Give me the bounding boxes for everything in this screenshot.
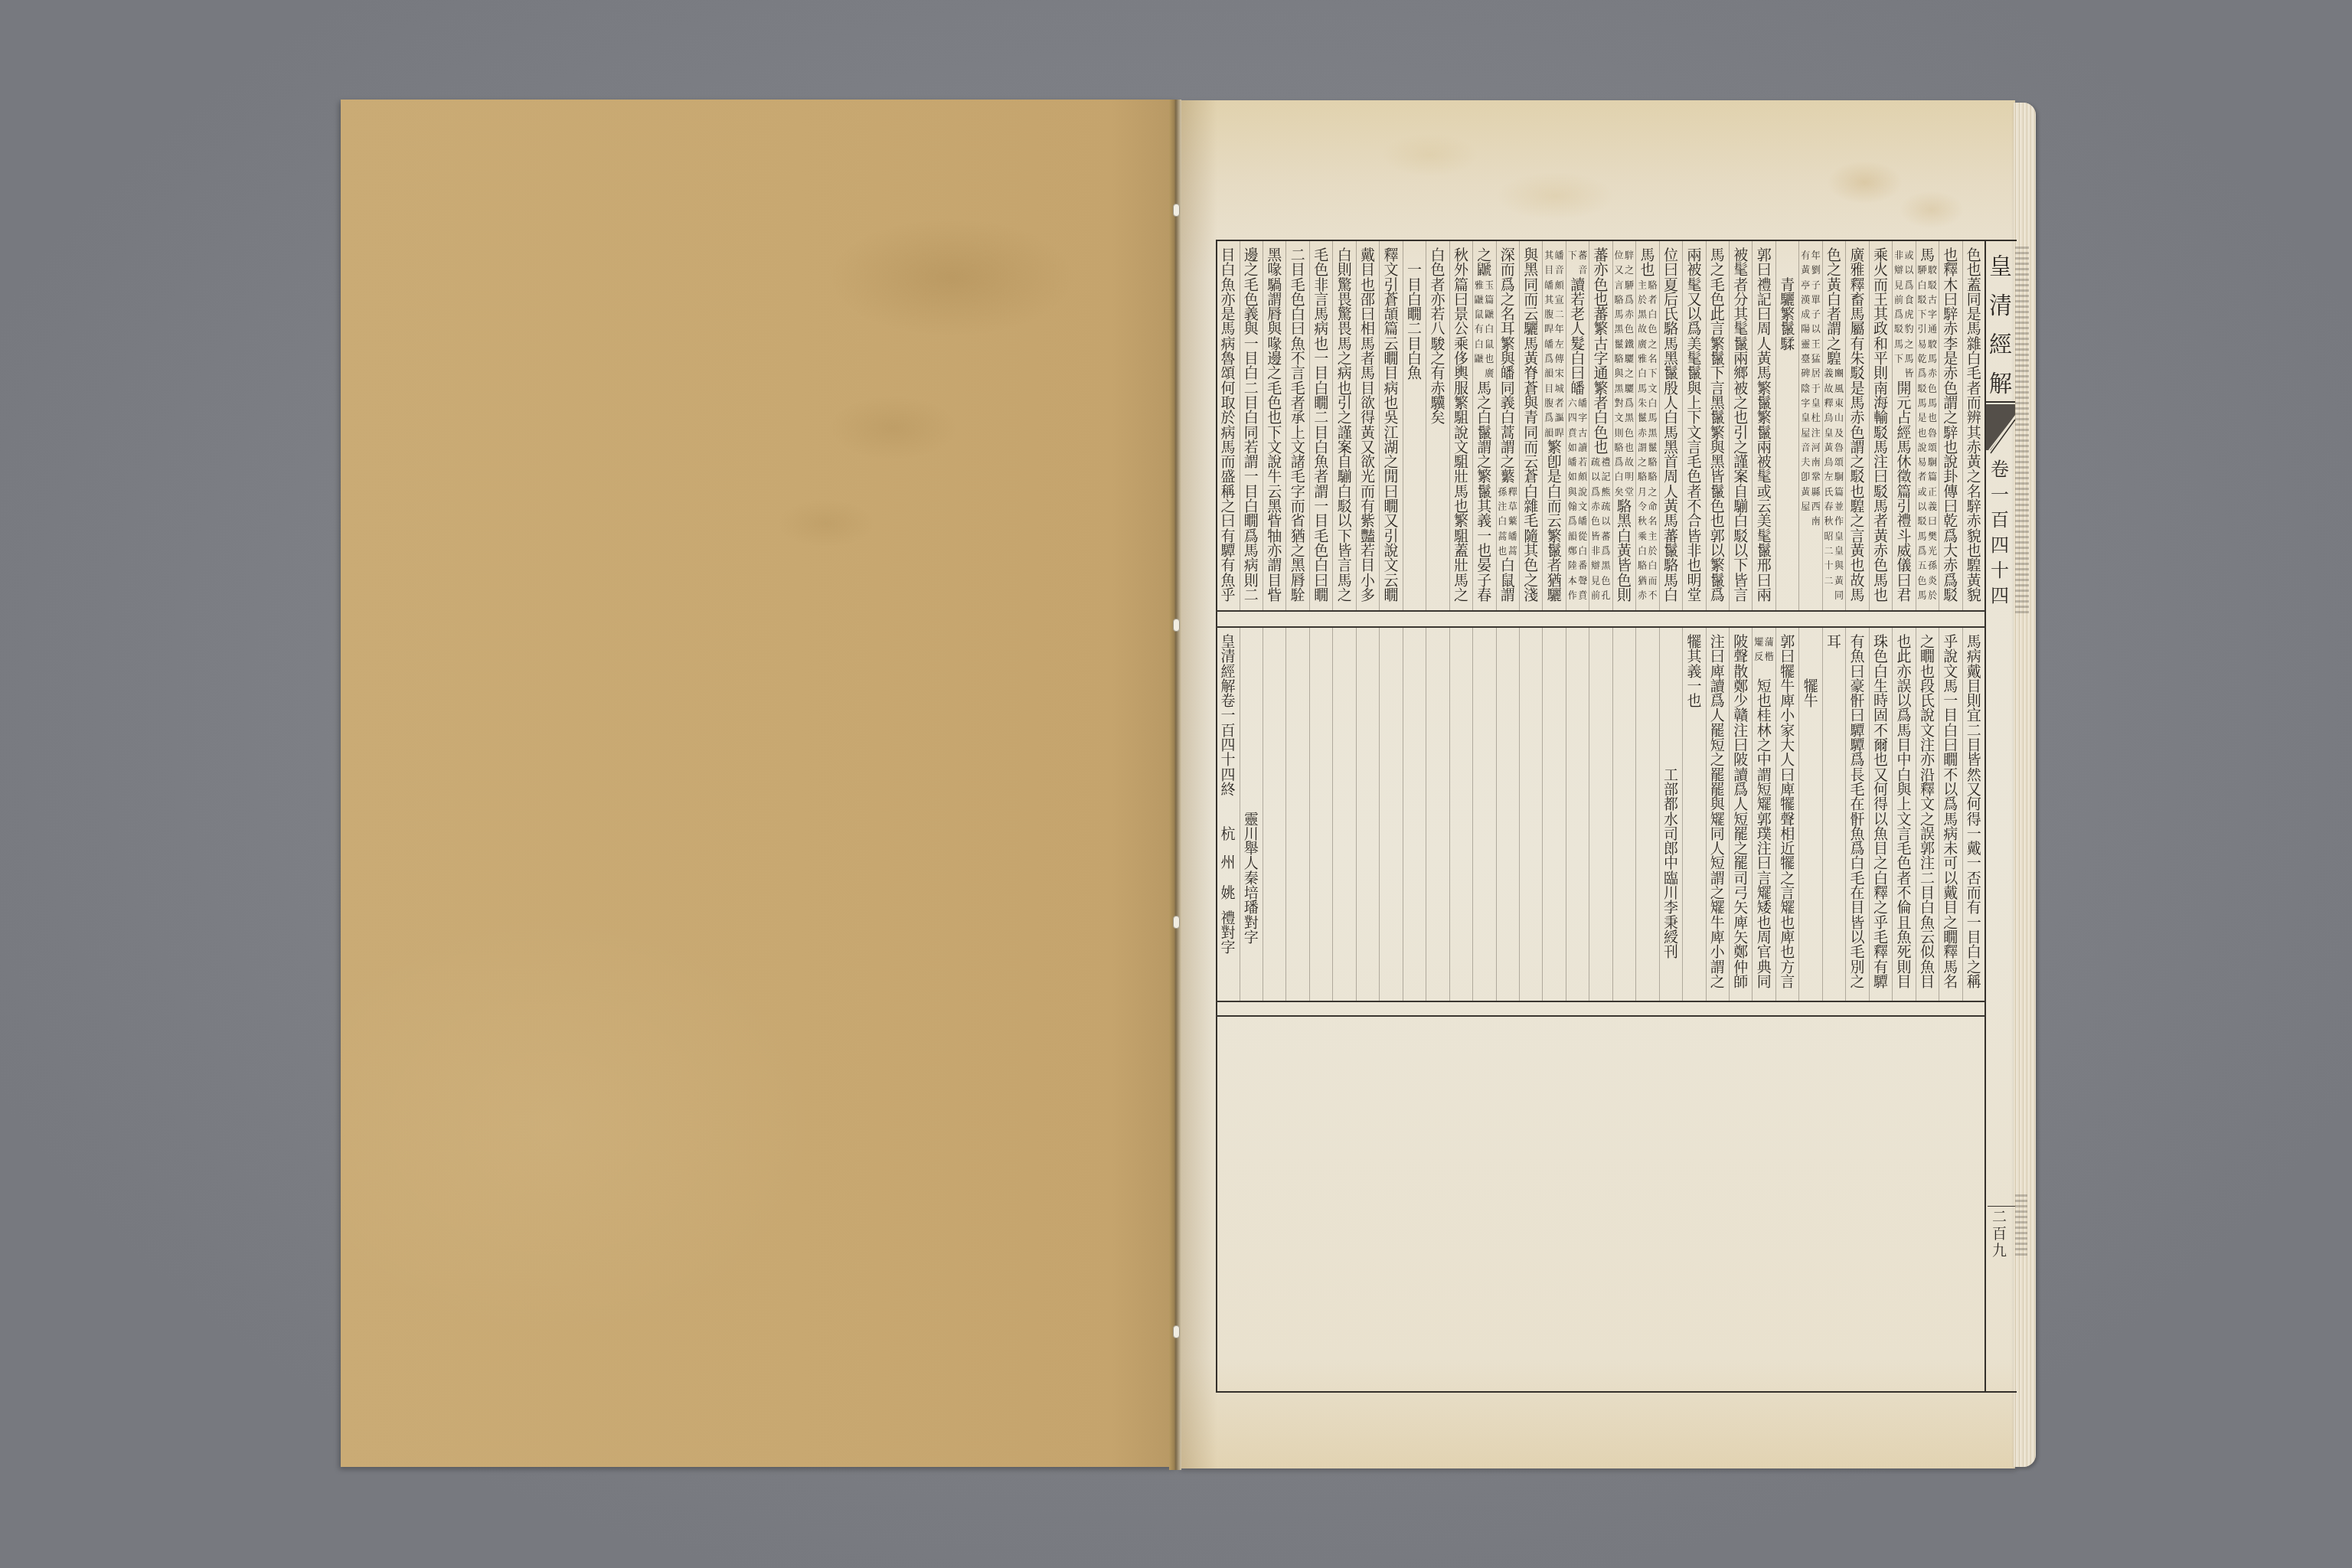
text-column: 靈川舉人秦培璠對字	[1240, 635, 1263, 998]
annotation-double-line: 玉篇鼶白鼠也廣雅鼶鼠有白鼶	[1473, 279, 1494, 382]
register-divider	[1216, 610, 1985, 612]
text-column: 馬也駱者白色之名下文白馬黑鬣駱駱之命名主於白而不主於黑故廣雅白馬朱鬣赤謂之駱月令…	[1635, 249, 1658, 608]
text-column: 蕃亦色也蕃繁古字通繁者白色也禮記熊疏以蕃爲黑色孔疏以爲赤色皆非辯見前	[1589, 249, 1612, 608]
text-column: 犤其義一也	[1682, 635, 1705, 998]
text-column: 郭曰犤牛庳小家大人曰庳犤聲相近犤之言矲也庳也方言	[1775, 635, 1798, 998]
text-column: 之瞯也段氏說文注亦沿釋文之誤郭注二目白魚云似魚目	[1916, 635, 1939, 998]
main-text: 兩被髦又以爲美髦鬣與上下文言毛色者不合皆非也明堂	[1687, 249, 1700, 603]
text-column: 馬病戴目則宜二目皆然又何得一戴一否而有一目白之稱	[1962, 635, 1985, 998]
annotation-double-line: 禮記熊疏以蕃爲黑色孔疏以爲赤色皆非辯見前	[1590, 456, 1612, 603]
fish-tail-icon	[1986, 400, 2015, 455]
text-column: 白色者亦若八駿之有赤驥矣	[1426, 249, 1449, 608]
register-upper: 色也蓋同是馬雜白毛者而辨其赤黃之名騂赤貌也騜黃貌也釋木曰騂赤李是赤色謂之騂也說卦…	[1217, 241, 1985, 611]
text-column: 深而爲之名耳繁與皤同義白蒿謂之蘩釋草蘩皤蒿孫注白蒿也白鼠謂	[1496, 249, 1519, 608]
register-divider	[1216, 1001, 1985, 1002]
main-text: 注曰庳讀爲人罷短之罷罷與矲同人短謂之矲牛庳小謂之	[1710, 635, 1724, 990]
text-column: 邊之毛色義與一目白二目白同若謂一目白瞯爲馬病則二	[1240, 249, 1263, 608]
binding-thread	[1173, 1325, 1180, 1338]
book-photo-scene: 色也蓋同是馬雜白毛者而辨其赤黃之名騂赤貌也騜黃貌也釋木曰騂赤李是赤色謂之騂也說卦…	[0, 0, 2352, 1568]
annotation-double-line: 駱者白色之名下文白馬黑鬣駱駱之命名主於白而不主於黑故廣雅白馬朱鬣赤謂之駱月令秋乘…	[1636, 279, 1658, 604]
text-column: 釋文引蒼頡篇云瞯目病也吳江湖之閒曰瞯又引說文云瞯	[1379, 249, 1402, 608]
main-text: 之瞯也段氏說文注亦沿釋文之誤郭注二目白魚云似魚目	[1920, 635, 1934, 990]
annotation-left-line: 義故釋鳥皇黃鳥左氏春秋昭二十二	[1824, 367, 1834, 588]
text-column: 注曰庳讀爲人罷短之罷罷與矲同人短謂之矲牛庳小謂之	[1706, 635, 1729, 998]
text-column: 毛色非言馬病也一目白瞯二目白魚者謂一目毛色白曰瞯	[1309, 249, 1332, 608]
main-text: 短也桂林之中謂短矲郭璞注曰言矲矮也周官典同	[1757, 680, 1771, 990]
left-page-blank	[341, 100, 1178, 1467]
annotation-double-line: 蕃音下	[1566, 249, 1588, 279]
annotation-right-line: 蕃音	[1578, 249, 1587, 279]
main-text: 皇清經解卷一百四十四終	[1220, 635, 1234, 798]
main-text: 馬	[1920, 249, 1934, 263]
main-text: 二目毛色白曰魚不言毛者承上文諸毛字而省猶之黑脣駩	[1291, 249, 1305, 603]
main-text: 馬之毛色此言繁鬣下言黑鬣繁與黑皆鬣色也郭以繁鬣爲	[1710, 249, 1724, 603]
blank-space	[1223, 842, 1231, 855]
main-text: 廣雅釋畜馬屬有朱駁是馬赤色謂之駁也騜之言黃也故馬	[1851, 249, 1864, 603]
blank-space	[1223, 871, 1231, 887]
main-text: 目白魚亦是馬病魯頌何取於病馬而盛稱之曰有驔有魚乎	[1220, 249, 1234, 603]
annotation-left-line: 孫注白蒿也	[1498, 485, 1507, 559]
text-column: 白則驚畏驚畏馬之病也引之謹案自騚白駁以下皆言馬之	[1332, 249, 1355, 608]
text-column: 黑喙騧謂脣與喙邊之毛色也下文說牛云黑眥牰亦謂目眥	[1263, 249, 1285, 608]
main-text: 白則驚畏驚畏馬之病也引之謹案自騚白駁以下皆言馬之	[1338, 249, 1351, 603]
main-text: 釋文引蒼頡篇云瞯目病也吳江湖之閒曰瞯又引說文云瞯	[1384, 249, 1398, 603]
text-column: 珠色白生時固不爾也又何得以魚目之白釋之乎毛釋有驔	[1869, 635, 1892, 998]
annotation-double-line: 釋草蘩皤蒿孫注白蒿也	[1497, 485, 1518, 559]
text-column: 犤牛	[1798, 635, 1821, 998]
main-text: 郭曰犤牛庳小家大人曰庳犤聲相近犤之言矲也庳也方言	[1780, 635, 1794, 990]
text-column: 郭曰禮記曰周人黃馬繁鬣繁鬣兩被髦或云美髦鬣邢曰兩	[1753, 249, 1775, 608]
main-text: 色之黃白者謂之騜	[1827, 249, 1841, 367]
annotation-left-line: 六四賁如皤如與翰爲韻鄭陸本作	[1568, 397, 1577, 603]
annotation-right-line: 禮記熊疏以蕃爲黑色孔	[1602, 456, 1611, 603]
main-text: 白鼠謂	[1501, 559, 1514, 603]
main-text: 毛色非言馬病也一目白瞯二目白魚者謂一目毛色白曰瞯	[1314, 249, 1328, 603]
main-text: 也釋木曰騂赤李是赤色謂之騂也說卦傳曰乾爲大赤爲駁	[1943, 249, 1957, 603]
main-text: 犤牛	[1804, 680, 1818, 710]
annotation-right-line: 或以爲食虎豹之馬皆	[1904, 249, 1913, 382]
main-text: 讀若老人髮白曰皤	[1570, 279, 1584, 397]
annotation-left-line: 雅鼶鼠有白鼶	[1475, 279, 1484, 367]
main-text: 蕃亦色也蕃繁古字通繁者白色也	[1594, 249, 1608, 456]
annotation-left-line: 主於黑故廣雅白馬朱鬣赤謂之駱月令秋乘白駱猶赤	[1638, 279, 1647, 604]
annotation-left-line: 下	[1568, 249, 1577, 263]
binding-thread	[1173, 916, 1180, 929]
text-column: 戴目也邵曰相馬者馬目欲得黃又欲光而有紫豔若目小多	[1356, 249, 1379, 608]
text-column: 或以爲食虎豹之馬皆非辯見前爲駁馬下開元占經馬休徵篇引禮斗威儀曰君	[1892, 249, 1915, 608]
annotation-double-line: 或以爲食虎豹之馬皆非辯見前爲駁馬下	[1893, 249, 1914, 382]
main-text: 深而爲之名耳繁與皤同義白蒿謂之蘩	[1501, 249, 1514, 485]
register-middle: 馬病戴目則宜二目皆然又何得一戴一否而有一目白之稱乎說文馬一目白曰瞯不以爲馬病未可…	[1217, 628, 1985, 1001]
register-lower-blank	[1217, 1017, 1985, 1390]
text-column: 色也蓋同是馬雜白毛者而辨其赤黃之名騂赤貌也騜黃貌	[1962, 249, 1985, 608]
main-text: 開元占經馬休徵篇引禮斗威儀曰君	[1896, 382, 1910, 603]
main-text: 位曰夏后氏駱馬黑鬣殷人白馬黑首周人黃馬蕃鬣駱馬白	[1664, 249, 1677, 603]
text-column: 與黑同而云驪馬黃脊蒼與青同而云蒼白雜毛隨其色之淺	[1519, 249, 1542, 608]
annotation-right-line: 皤音頗宣二年左傳宋城者謳睅	[1555, 249, 1564, 441]
text-column: 有魚曰豪骭曰驔驔爲長毛在骭魚爲白毛在目皆以毛別之	[1845, 635, 1868, 998]
main-text: 也此亦誤以爲馬目中白與上文言毛色者不倫且魚死則目	[1896, 635, 1910, 990]
main-text: 耳	[1827, 635, 1841, 650]
text-column: 之鼶玉篇鼶白鼠也廣雅鼶鼠有白鼶馬之白鬣謂之繁鬣其義一也晏子春	[1472, 249, 1495, 608]
text-column: 秋外篇曰景公乘侈輿服繁駔說文駔壯馬也繁駔蓋壯馬之	[1449, 249, 1472, 608]
annotation-double-line: 皤音頗宣二年左傳宋城者謳睅其目皤其腹睅皤爲韻目腹爲韻	[1543, 249, 1565, 441]
main-text: 黑喙騧謂脣與喙邊之毛色也下文說牛云黑眥牰亦謂目眥	[1267, 249, 1281, 603]
main-text: 青驪繁鬣騥	[1780, 279, 1794, 352]
main-text: 州	[1220, 856, 1234, 871]
annotation-double-line: 年劉子單子以王猛居于皇杜注河南鞏縣西南有黃亭漢成陽靈臺碑陰字皇屋音夫卽黃屋	[1800, 249, 1821, 530]
annotation-left-line: 疏以爲赤色皆非辯見前	[1591, 456, 1600, 603]
text-column: 乎說文馬一目白曰瞯不以爲馬病未可以戴目之瞯釋馬名	[1939, 635, 1962, 998]
main-text: 乘火而王其政和平則南海輸駁馬注曰駁馬者黃赤色馬也	[1873, 249, 1887, 603]
book-spine	[1169, 100, 1181, 1470]
page-number-rule	[1988, 1206, 2015, 1207]
main-text: 有魚曰豪骭曰驔驔爲長毛在骭魚爲白毛在目皆以毛別之	[1851, 635, 1864, 990]
main-text: 秋外篇曰景公乘侈輿服繁駔說文駔壯馬也繁駔蓋壯馬之	[1454, 249, 1468, 603]
main-text: 工部都水司郎中臨川李秉綬刊	[1664, 769, 1677, 961]
annotation-right-line: 蒲楷	[1765, 635, 1774, 665]
annotation-double-line: 駮駁古字通駮馬赤色馬也魯頌駉篇正義曰樊光孫炎於駵白駁下引易乾爲駁馬是也說易者或以…	[1916, 263, 1938, 603]
main-text: 之鼶	[1477, 249, 1491, 279]
text-column: 二目毛色白曰魚不言毛者承上文諸毛字而省猶之黑脣駩	[1286, 249, 1309, 608]
page-number: 二百九	[1992, 1209, 2006, 1259]
annotation-right-line: 玉篇鼶白鼠也廣	[1485, 279, 1494, 382]
annotation-right-line: 皤字古讀若頗說文皤從白番聲賁	[1578, 397, 1587, 603]
main-text: 與黑同而云驪馬黃脊蒼與青同而云蒼白雜毛隨其色之淺	[1524, 249, 1537, 603]
text-column: 年劉子單子以王猛居于皇杜注河南鞏縣西南有黃亭漢成陽靈臺碑陰字皇屋音夫卽黃屋	[1798, 249, 1821, 608]
main-text: 禮對字	[1220, 912, 1234, 956]
annotation-right-line: 釋草蘩皤蒿	[1508, 485, 1517, 559]
main-text: 白色者亦若八駿之有赤驥矣	[1430, 249, 1444, 426]
text-column: 乘火而王其政和平則南海輸駁馬注曰駁馬者黃赤色馬也	[1869, 249, 1892, 608]
text-column: 皇清經解卷一百四十四終杭州姚禮對字	[1216, 635, 1239, 998]
text-column: 蕃音下讀若老人髮白曰皤皤字古讀若頗說文皤從白番聲賁六四賁如皤如與翰爲韻鄭陸本作	[1566, 249, 1589, 608]
main-text: 杭	[1220, 828, 1234, 842]
main-text: 馬也	[1640, 249, 1654, 279]
main-text: 姚	[1220, 887, 1234, 901]
text-column: 騂之駵爲赤色鐵驪之驪爲黑色也故明堂位又言駱馬黑鬣駱與黑對文則駱爲白矣駱黑白黃皆色…	[1612, 249, 1635, 608]
text-column: 蒲楷矲反短也桂林之中謂短矲郭璞注曰言矲矮也周官典同	[1753, 635, 1775, 998]
text-column: 陂聲散鄭少贛注曰陂讀爲人短罷之罷司弓矢庳矢鄭仲師	[1729, 635, 1752, 998]
annotation-left-line: 位又言駱馬黑鬣駱與黑對文則駱爲白矣	[1615, 249, 1624, 500]
main-text: 駱黑白黃皆色則	[1617, 500, 1631, 603]
annotation-double-line: 豳風東山及魯頌駉篇並作皇皇與黃同義故釋鳥皇黃鳥左氏春秋昭二十二	[1823, 367, 1844, 603]
binding-thread	[1173, 619, 1180, 632]
main-text: 靈川舉人秦培璠對字	[1244, 813, 1258, 946]
text-column: 色之黃白者謂之騜豳風東山及魯頌駉篇並作皇皇與黃同義故釋鳥皇黃鳥左氏春秋昭二十二	[1822, 249, 1845, 608]
text-column: 目白魚亦是馬病魯頌何取於病馬而盛稱之曰有驔有魚乎	[1216, 249, 1239, 608]
annotation-left-line: 非辯見前爲駁馬下	[1894, 249, 1903, 367]
annotation-left-line: 矲反	[1754, 635, 1763, 665]
main-text: 犤其義一也	[1687, 635, 1700, 709]
annotation-right-line: 駱者白色之名下文白馬黑鬣駱駱之命名主於白而不	[1648, 279, 1657, 604]
text-column: 皤音頗宣二年左傳宋城者謳睅其目皤其腹睅皤爲韻目腹爲韻繁卽是白而云繁鬣者猶驪	[1542, 249, 1565, 608]
main-text: 郭曰禮記曰周人黃馬繁鬣繁鬣兩被髦或云美髦鬣邢曰兩	[1757, 249, 1771, 603]
main-text: 馬病戴目則宜二目皆然又何得一戴一否而有一目白之稱	[1967, 635, 1981, 990]
text-column: 耳	[1822, 635, 1845, 998]
main-text: 乎說文馬一目白曰瞯不以爲馬病未可以戴目之瞯釋馬名	[1943, 635, 1957, 990]
main-text: 被髦者分其髦鬣兩鄉被之也引之謹案自騚白駁以下皆言	[1733, 249, 1747, 603]
text-column: 馬之毛色此言繁鬣下言黑鬣繁與黑皆鬣色也郭以繁鬣爲	[1706, 249, 1729, 608]
text-column: 工部都水司郎中臨川李秉綬刊	[1659, 635, 1682, 998]
main-text: 邊之毛色義與一目白二目白同若謂一目白瞯爲馬病則二	[1244, 249, 1258, 603]
text-column: 一目白瞯二目白魚	[1403, 249, 1426, 608]
text-column: 位曰夏后氏駱馬黑鬣殷人白馬黑首周人黃馬蕃鬣駱馬白	[1659, 249, 1682, 608]
binding-thread	[1173, 204, 1180, 217]
page-number-ink-bleed	[2015, 1194, 2027, 1256]
annotation-left-line: 有黃亭漢成陽靈臺碑陰字皇屋音夫卽黃屋	[1801, 249, 1810, 514]
annotation-right-line: 駮駁古字通駮馬赤色馬也魯頌駉篇正義曰樊光孫炎於	[1928, 263, 1937, 603]
text-column: 廣雅釋畜馬屬有朱駁是馬赤色謂之駁也騜之言黃也故馬	[1845, 249, 1868, 608]
main-text: 色也蓋同是馬雜白毛者而辨其赤黃之名騂赤貌也騜黃貌	[1967, 249, 1981, 603]
main-text: 戴目也邵曰相馬者馬目欲得黃又欲光而有紫豔若目小多	[1361, 249, 1374, 603]
main-text: 馬之白鬣謂之繁鬣其義一也晏子春	[1477, 382, 1491, 603]
text-column: 兩被髦又以爲美髦鬣與上下文言毛色者不合皆非也明堂	[1682, 249, 1705, 608]
annotation-right-line: 豳風東山及魯頌駉篇並作皇皇與黃同	[1834, 367, 1844, 603]
annotation-double-line: 皤字古讀若頗說文皤從白番聲賁六四賁如皤如與翰爲韻鄭陸本作	[1566, 397, 1588, 603]
annotation-left-line: 其目皤其腹睅皤爲韻目腹爲韻	[1544, 249, 1553, 441]
annotation-double-line: 蒲楷矲反	[1753, 635, 1775, 665]
annotation-right-line: 騂之駵爲赤色鐵驪之驪爲黑色也故明堂	[1625, 249, 1634, 500]
text-column: 也此亦誤以爲馬目中白與上文言毛色者不倫且魚死則目	[1892, 635, 1915, 998]
text-column: 馬駮駁古字通駮馬赤色馬也魯頌駉篇正義曰樊光孫炎於駵白駁下引易乾爲駁馬是也說易者或…	[1916, 249, 1939, 608]
main-text: 陂聲散鄭少贛注曰陂讀爲人短罷之罷司弓矢庳矢鄭仲師	[1733, 635, 1747, 990]
main-text: 繁卽是白而云繁鬣者猶驪	[1547, 441, 1561, 603]
blank-space	[1760, 665, 1768, 680]
header-ink-bleed	[2015, 247, 2029, 614]
annotation-double-line: 騂之駵爲赤色鐵驪之驪爲黑色也故明堂位又言駱馬黑鬣駱與黑對文則駱爲白矣	[1613, 249, 1635, 500]
volume-label: 卷一百四十四	[1991, 457, 2007, 609]
annotation-right-line: 年劉子單子以王猛居于皇杜注河南鞏縣西南	[1811, 249, 1821, 530]
text-column: 青驪繁鬣騥	[1775, 249, 1798, 608]
annotation-left-line: 駵白駁下引易乾爲駁馬是也說易者或以駁馬爲五色馬	[1917, 263, 1926, 603]
text-column: 被髦者分其髦鬣兩鄉被之也引之謹案自騚白駁以下皆言	[1729, 249, 1752, 608]
blank-space	[1223, 798, 1231, 828]
main-text: 珠色白生時固不爾也又何得以魚目之白釋之乎毛釋有驔	[1873, 635, 1887, 990]
fold-title: 皇清經解	[1989, 247, 2011, 403]
main-text: 一目白瞯二目白魚	[1407, 263, 1421, 381]
text-column: 也釋木曰騂赤李是赤色謂之騂也說卦傳曰乾爲大赤爲駁	[1939, 249, 1962, 608]
